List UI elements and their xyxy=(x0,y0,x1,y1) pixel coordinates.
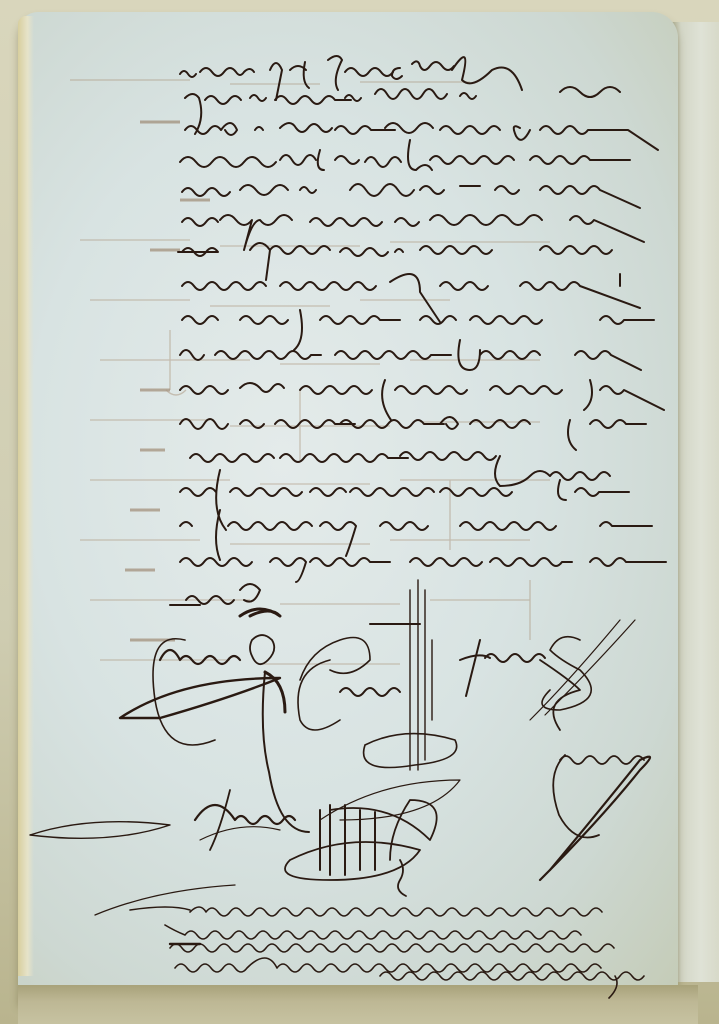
signature-pessine: Pessine xyxy=(470,648,516,662)
signature-mleorz: Mleorz xyxy=(565,748,608,762)
handwriting-ink xyxy=(0,0,719,1024)
signature-monogram: flourished monogram xyxy=(320,840,451,854)
signature-alvarez: Alvarez xyxy=(200,808,246,822)
signature-allam: Allam xyxy=(160,648,195,662)
signature-gaultier: Gaultier xyxy=(340,680,390,694)
